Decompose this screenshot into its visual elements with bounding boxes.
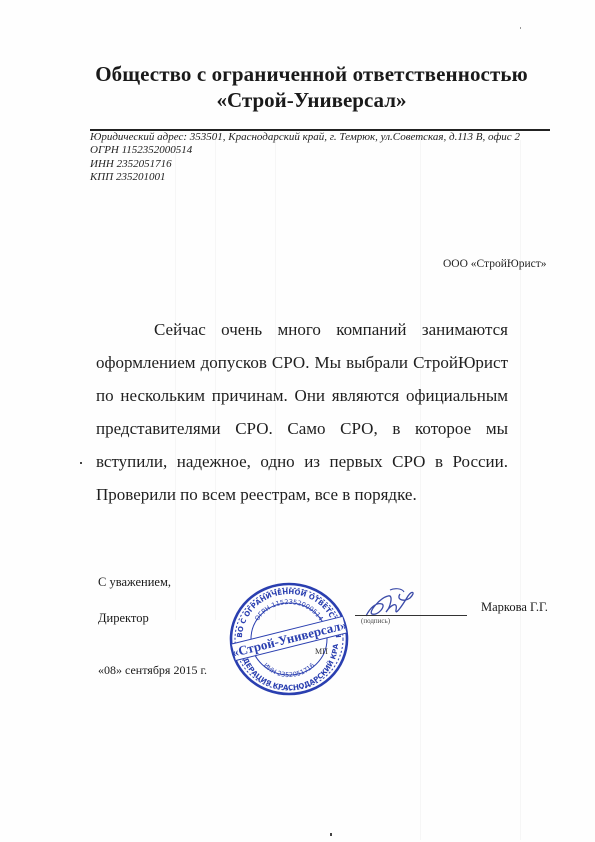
signer-name: Маркова Г.Г. [481,600,548,615]
letter-date: «08» сентября 2015 г. [98,663,207,678]
letter-body: Сейчас очень много компаний занимаются о… [96,313,508,511]
legal-address: Юридический адрес: 353501, Краснодарский… [90,131,520,144]
company-name: «Строй-Универсал» [0,88,595,113]
svg-text:ИНН 2352051716: ИНН 2352051716 [262,661,317,679]
addressee: ООО «СтройЮрист» [443,258,546,270]
signature-caption: (подпись) [361,617,390,625]
company-stamp-icon: ОБЩЕСТВО С ОГРАНИЧЕННОЙ ОТВЕТСТВЕННОСТЬЮ… [228,581,350,697]
stamp-place-label: МП [315,647,328,656]
inn-number: ИНН 2352051716 [90,158,520,171]
bleed-through-line [520,140,521,840]
svg-text:«Строй-Универсал»: «Строй-Универсал» [230,617,348,660]
signature-line [355,615,467,616]
ogrn-number: ОГРН 1152352000514 [90,144,520,157]
kpp-number: КПП 235201001 [90,171,520,184]
closing-regards: С уважением, [98,575,171,590]
scan-speck [80,462,82,464]
company-requisites: Юридический адрес: 353501, Краснодарский… [90,131,520,184]
signer-position: Директор [98,611,149,626]
company-title: Общество с ограниченной ответственностью [0,62,595,87]
scan-speck [520,27,521,29]
scan-speck [330,833,332,836]
document-page: Общество с ограниченной ответственностью… [0,0,595,842]
